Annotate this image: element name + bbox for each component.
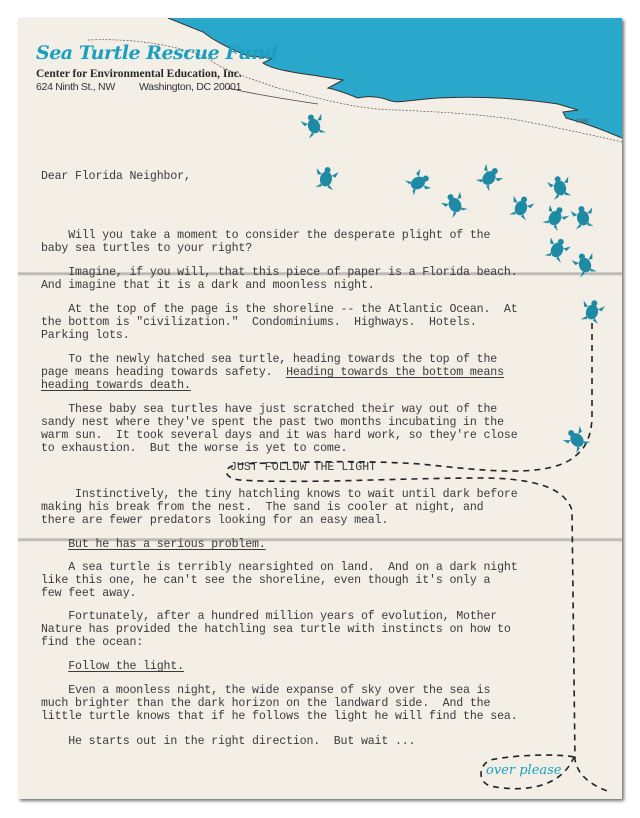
text-line: warm sun. It took several days and it wa…	[41, 429, 518, 442]
paragraph: At the top of the page is the shoreline …	[41, 303, 518, 342]
over-please-note: over please	[486, 763, 562, 778]
text-line: making his break from the nest. The sand…	[41, 501, 518, 514]
paragraph: To the newly hatched sea turtle, heading…	[41, 353, 504, 392]
paragraph: Instinctively, the tiny hatchling knows …	[41, 488, 518, 527]
text-line: like this one, he can't see the shorelin…	[41, 574, 518, 587]
text-line: At the top of the page is the shoreline …	[41, 303, 518, 316]
section-heading: JUST FOLLOW THE LIGHT	[230, 461, 376, 474]
text-line: And imagine that it is a dark and moonle…	[41, 279, 518, 292]
text-line: there are fewer predators looking for an…	[41, 514, 518, 527]
paragraph: Fortunately, after a hundred million yea…	[41, 610, 511, 649]
text-line: A sea turtle is terribly nearsighted on …	[41, 561, 518, 574]
salutation: Dear Florida Neighbor,	[41, 170, 191, 183]
text-line: to exhaustion. But the worse is yet to c…	[41, 442, 518, 455]
organization-logo: Sea Turtle Rescue Fund	[36, 42, 277, 64]
text-line: Will you take a moment to consider the d…	[41, 229, 490, 242]
text-line: sandy nest where they've spent the past …	[41, 416, 518, 429]
text-line: To the newly hatched sea turtle, heading…	[41, 353, 504, 366]
underlined-text: Follow the light.	[68, 660, 184, 673]
paragraph: Imagine, if you will, that this piece of…	[41, 266, 518, 292]
text-line: baby sea turtles to your right?	[41, 242, 490, 255]
underlined-text: But he has a serious problem.	[68, 538, 265, 551]
text-line: He starts out in the right direction. Bu…	[41, 735, 415, 748]
underlined-text: Heading towards the bottom means	[286, 366, 504, 379]
artist-credit: ©Mc	[575, 118, 589, 125]
text-line: These baby sea turtles have just scratch…	[41, 403, 518, 416]
city-state-zip: Washington, DC 20001	[139, 81, 241, 93]
address: 624 Ninth St., NWWashington, DC 20001	[36, 81, 241, 93]
text-line: Fortunately, after a hundred million yea…	[41, 610, 511, 623]
text-line: Parking lots.	[41, 329, 518, 342]
text-line: find the ocean:	[41, 636, 511, 649]
paragraph: Will you take a moment to consider the d…	[41, 229, 490, 255]
paragraph: Even a moonless night, the wide expanse …	[41, 684, 518, 723]
text-line: little turtle knows that if he follows t…	[41, 710, 518, 723]
text-line: Nature has provided the hatchling sea tu…	[41, 623, 511, 636]
text-line: few feet away.	[41, 587, 518, 600]
indent	[41, 660, 68, 673]
paragraph: Follow the light.	[41, 660, 184, 673]
text-line: much brighter than the dark horizon on t…	[41, 697, 518, 710]
indent	[41, 538, 68, 551]
text-line: page means heading towards safety. Headi…	[41, 366, 504, 379]
paragraph: But he has a serious problem.	[41, 538, 266, 551]
paragraph: A sea turtle is terribly nearsighted on …	[41, 561, 518, 600]
letter-body: Dear Florida Neighbor, Will you take a m…	[41, 0, 55, 338]
paragraph: He starts out in the right direction. Bu…	[41, 735, 415, 748]
underlined-text: heading towards death.	[41, 379, 191, 392]
text-line: Instinctively, the tiny hatchling knows …	[41, 488, 518, 501]
text-line: the bottom is "civilization." Condominiu…	[41, 316, 518, 329]
paragraph: These baby sea turtles have just scratch…	[41, 403, 518, 455]
parent-organization: Center for Environmental Education, Inc.	[36, 68, 242, 80]
text-line: Even a moonless night, the wide expanse …	[41, 684, 518, 697]
text-segment: page means heading towards safety.	[41, 366, 286, 379]
text-line: Imagine, if you will, that this piece of…	[41, 266, 518, 279]
